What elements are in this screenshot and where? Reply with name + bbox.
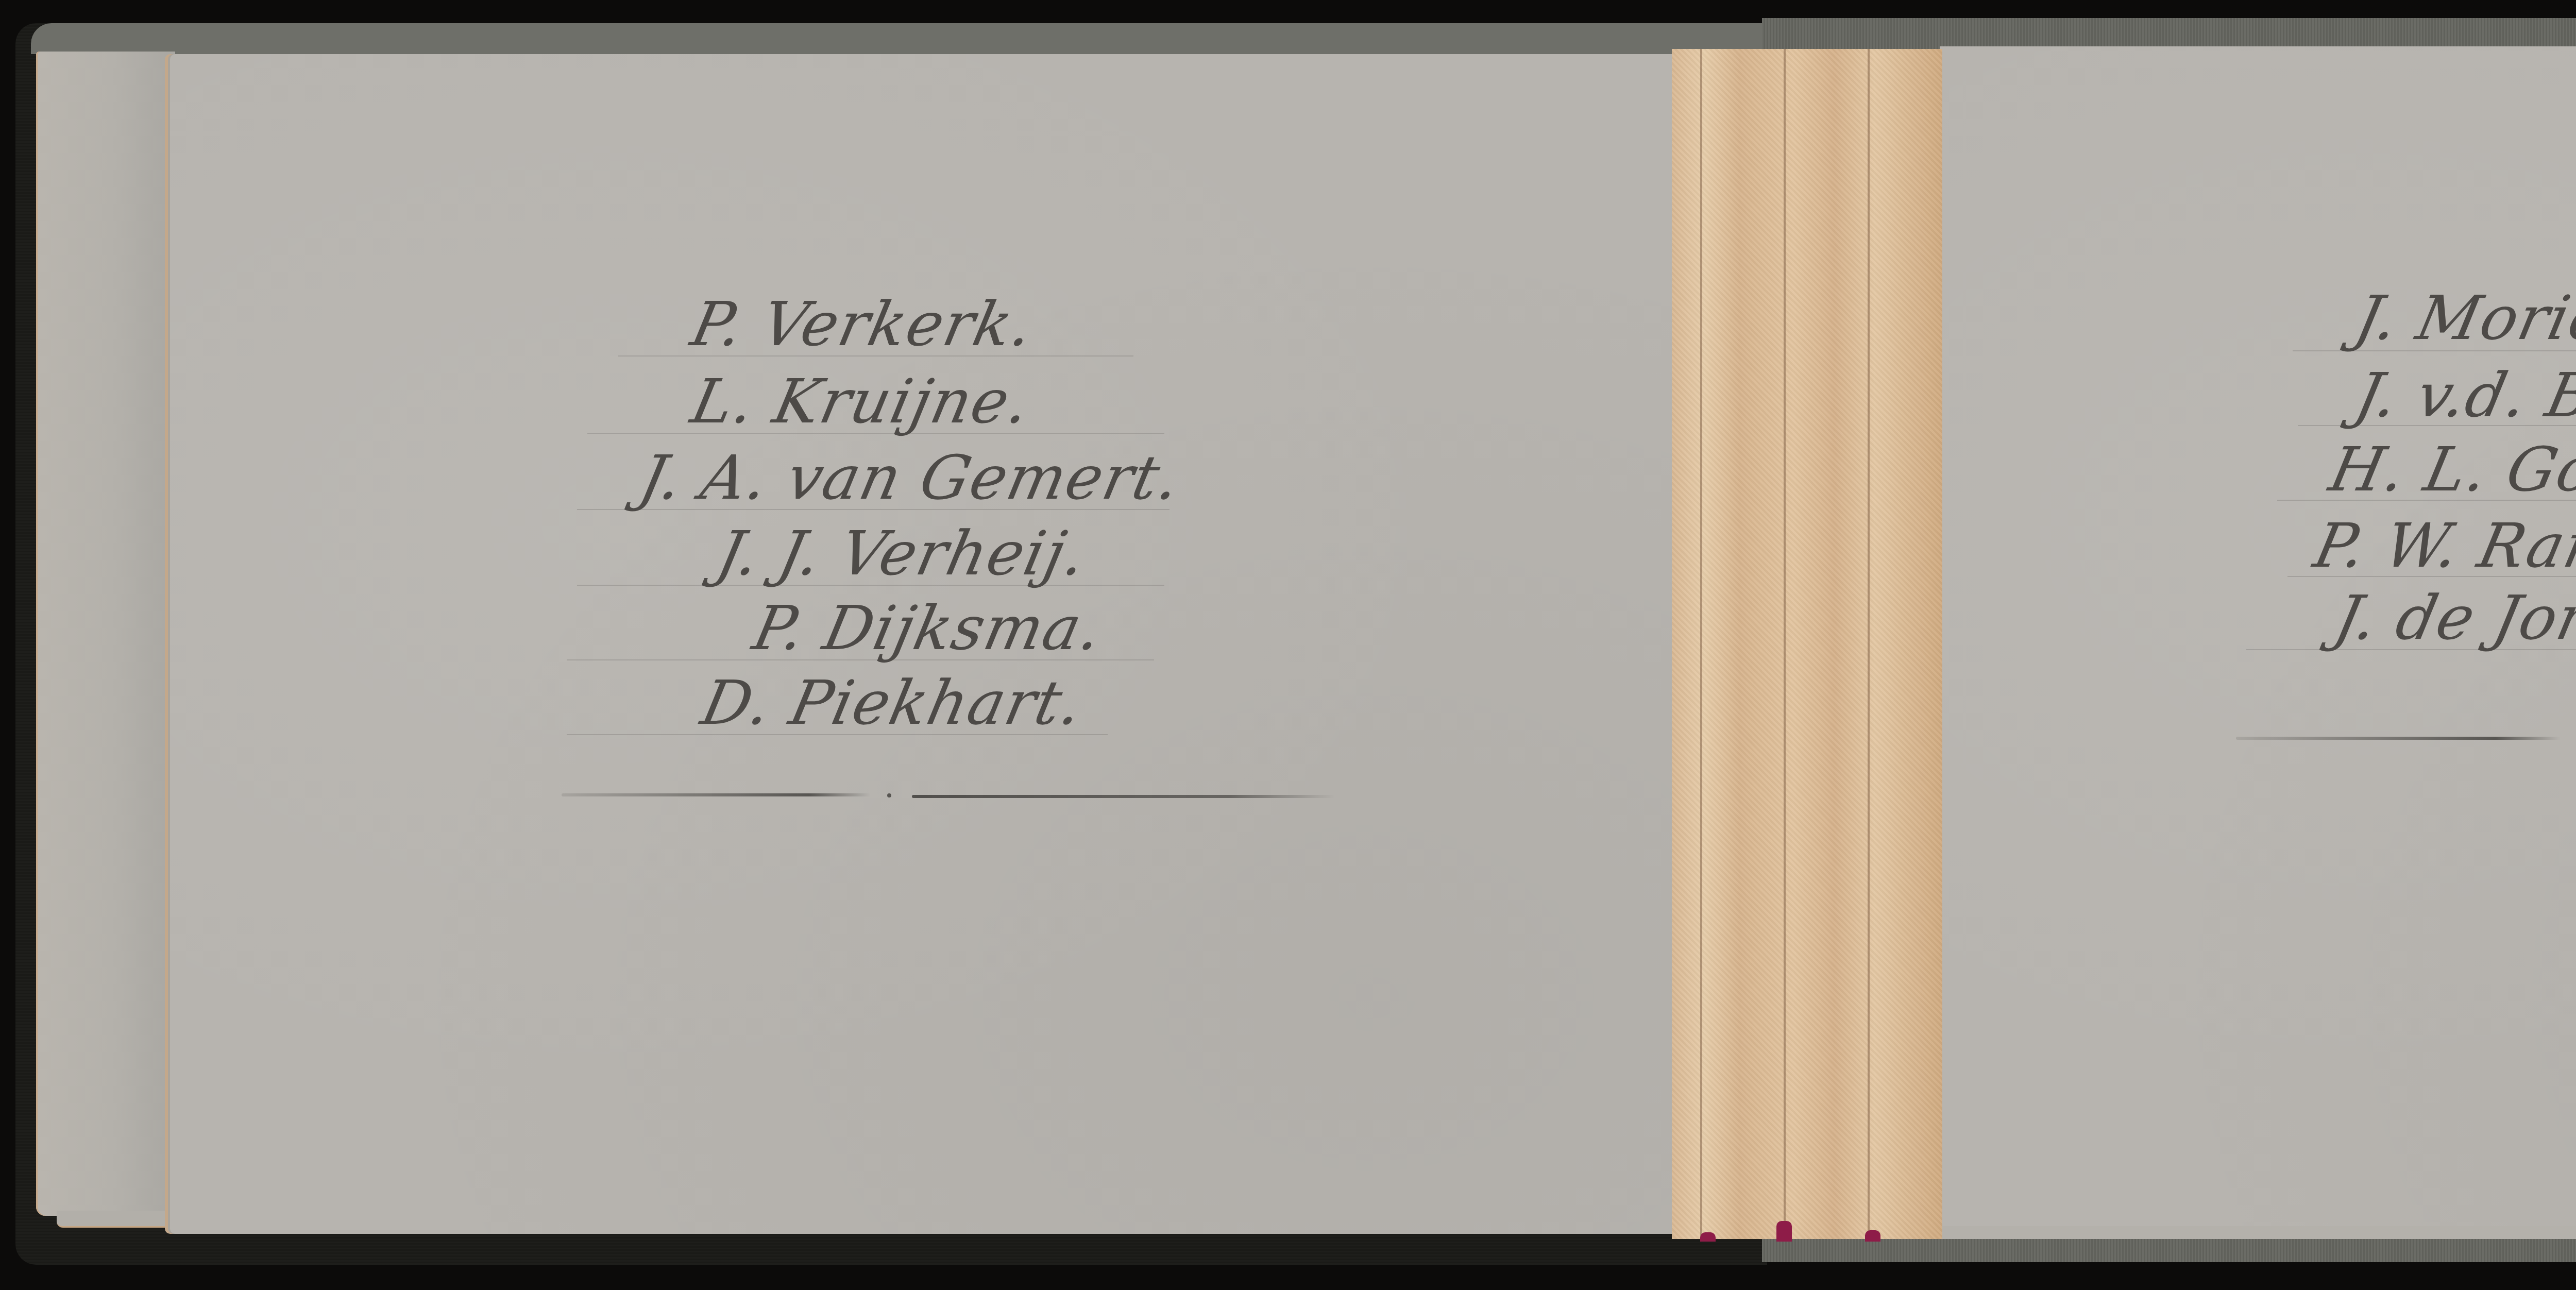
- signature: J. de Jong.: [2329, 582, 2576, 653]
- signature: J. Moriën.: [2349, 282, 2576, 353]
- headband-stitch: [1865, 1230, 1880, 1242]
- spine-fold-line: [1784, 49, 1786, 1239]
- spine-fold-line: [1700, 49, 1702, 1239]
- signature: D. Piekhart.: [696, 667, 1090, 738]
- headband-stitch: [1700, 1232, 1716, 1242]
- signature: L. Kruijne.: [685, 366, 1037, 437]
- signature: P. Dijksma.: [747, 592, 1109, 664]
- signature: J. J. Verheij.: [711, 518, 1093, 589]
- signature: P. Verkerk.: [685, 288, 1040, 360]
- spine-fold-line: [1868, 49, 1870, 1239]
- headband-stitch: [1776, 1221, 1792, 1242]
- page-stack-left-bottom: [57, 1211, 180, 1228]
- signature: H. L. Goijaars.: [2324, 434, 2576, 505]
- cover-top-edge: [31, 23, 1762, 54]
- page-stack-left: [36, 52, 175, 1216]
- signature: P. W. Ramaker.: [2308, 510, 2576, 581]
- signature: J. v.d. Broeke.: [2349, 360, 2576, 431]
- closing-flourish: [2236, 737, 2576, 741]
- closing-flourish: [562, 793, 1345, 797]
- spine-cloth: [1672, 49, 1942, 1239]
- signature: J. A. van Gemert.: [634, 442, 1187, 513]
